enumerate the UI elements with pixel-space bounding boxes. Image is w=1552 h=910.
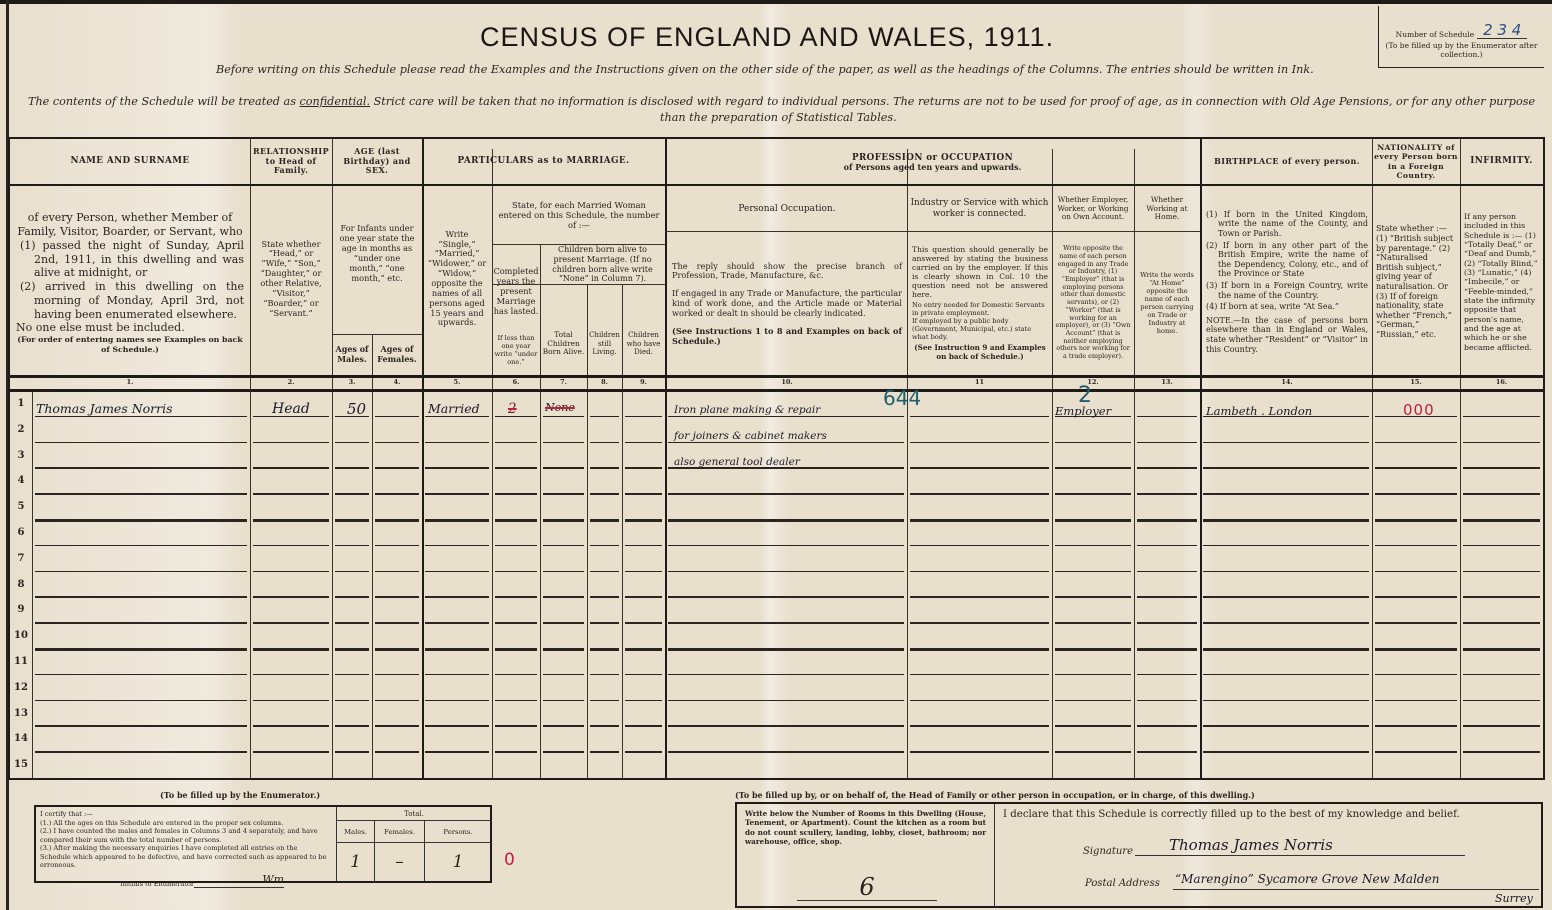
col-number-11: 11: [907, 376, 1052, 389]
entry-children-struck[interactable]: None: [545, 401, 575, 414]
row-rule: [1203, 622, 1369, 624]
row-rule: [1203, 493, 1369, 495]
row-rule: [1463, 493, 1540, 495]
row-rule: [668, 648, 904, 651]
cert-3: (3.) After making the necessary enquirie…: [40, 844, 330, 870]
marital-condition-description: Write “Single,” “Married,” “Widower,” or…: [424, 219, 490, 339]
col-number-10: 10.: [667, 376, 907, 389]
row-rule: [335, 442, 369, 444]
row-rule: [625, 442, 662, 444]
birthplace-description: (1) If born in the United Kingdom, write…: [1204, 191, 1370, 373]
row-rule: [375, 596, 419, 598]
row-rule: [590, 596, 619, 598]
row-rule: [35, 674, 247, 676]
row-rule: [910, 545, 1049, 547]
row-rule: [1137, 493, 1197, 495]
row-rule: [910, 442, 1049, 444]
schedule-number-box: Number of Schedule 2 3 4 (To be filled u…: [1378, 6, 1544, 68]
row-rule: [35, 416, 247, 418]
row-rule: [1375, 519, 1457, 522]
row-rule: [543, 751, 584, 753]
declaration-text: I declare that this Schedule is correctl…: [1003, 809, 1460, 820]
years-married-heading: Completed years the present Marriage has…: [492, 247, 540, 337]
males-label: Males.: [337, 821, 375, 843]
row-rule: [35, 622, 247, 624]
infirmity-description: If any person included in this Schedule …: [1462, 189, 1542, 375]
signature-label: Signature: [1083, 846, 1133, 857]
schedule-number-label: Number of Schedule: [1396, 30, 1474, 39]
cert-2: (2.) I have counted the males and female…: [40, 827, 330, 844]
row-rule: [425, 571, 489, 573]
row-rule: [495, 519, 537, 522]
row-rule: [253, 545, 329, 547]
entry-years-married-struck[interactable]: 2: [508, 401, 517, 417]
col-number-16: 16.: [1460, 376, 1543, 389]
row-rule: [1203, 571, 1369, 573]
row-rule: [668, 596, 904, 598]
row-rule: [910, 596, 1049, 598]
row-number: 7: [12, 553, 30, 564]
top-border: [0, 0, 1552, 4]
col-number-2: 2.: [250, 376, 332, 389]
relationship-heading: RELATIONSHIP to Head of Family.: [250, 139, 332, 184]
name-desc-3: (2) arrived in this dwelling on the morn…: [16, 280, 244, 321]
occupation-heading-block: PROFESSION or OCCUPATION of Persons aged…: [665, 143, 1200, 183]
row-rule: [35, 725, 247, 727]
row-rule: [1375, 622, 1457, 624]
row-rule: [253, 700, 329, 702]
row-rule: [1055, 648, 1131, 651]
row-rule: [1055, 751, 1131, 753]
rooms-section: Write below the Number of Rooms in this …: [737, 804, 995, 906]
row-rule: [35, 571, 247, 573]
row-number: 11: [12, 656, 30, 667]
row-rule: [1055, 467, 1131, 469]
row-rule: [253, 725, 329, 727]
children-born-alive-heading: Children born alive to present Marriage.…: [540, 245, 665, 284]
row-rule: [543, 467, 584, 469]
row-rule: [495, 545, 537, 547]
row-rule: [1463, 545, 1540, 547]
industry-heading: Industry or Service with which worker is…: [907, 187, 1052, 231]
enumerator-certification: I certify that :— (1.) All the ages on t…: [40, 810, 330, 888]
col-number-5: 5.: [422, 376, 492, 389]
row-rule: [910, 648, 1049, 651]
entry-occupation-line3[interactable]: also general tool dealer: [674, 456, 800, 468]
name-desc-4: No one else must be included.: [16, 321, 244, 335]
row-rule: [1463, 700, 1540, 702]
col-number-3: 3.: [332, 376, 372, 389]
row-rule: [1137, 648, 1197, 651]
row-rule: [1463, 596, 1540, 598]
row-rule: [1203, 700, 1369, 702]
row-rule: [425, 622, 489, 624]
row-rule: [1375, 571, 1457, 573]
row-rule: [668, 700, 904, 702]
entry-age-male[interactable]: 50: [347, 400, 366, 418]
row-rule: [590, 467, 619, 469]
row-number: 1: [12, 398, 30, 409]
ages-of-females-heading: Ages of Females.: [372, 335, 422, 375]
row-rule: [910, 622, 1049, 624]
row-rule: [590, 519, 619, 522]
row-rule: [253, 596, 329, 598]
row-rule: [910, 571, 1049, 573]
col-number-7: 7.: [540, 376, 587, 389]
row-rule: [495, 442, 537, 444]
row-rule: [1203, 519, 1369, 522]
postal-address[interactable]: “Marengino” Sycamore Grove New Malden: [1175, 872, 1439, 886]
row-rule: [625, 467, 662, 469]
row-rule: [590, 751, 619, 753]
birthplace-desc-3: (3) If born in a Foreign Country, write …: [1206, 281, 1368, 300]
row-rule: [1137, 700, 1197, 702]
row-rule: [375, 493, 419, 495]
ages-of-males-heading: Ages of Males.: [332, 335, 372, 375]
industry-description: This question should generally be answer…: [910, 233, 1050, 373]
row-rule: [1055, 545, 1131, 547]
row-rule: [668, 674, 904, 676]
row-rule: [1137, 442, 1197, 444]
row-rule: [375, 622, 419, 624]
entry-occupation-line1[interactable]: Iron plane making & repair: [674, 404, 820, 416]
row-rule: [253, 622, 329, 624]
postal-address-label: Postal Address: [1085, 878, 1160, 889]
row-rule: [625, 648, 662, 651]
row-rule: [35, 596, 247, 598]
birthplace-note: NOTE.—In the case of persons born elsewh…: [1206, 316, 1368, 354]
row-rule: [668, 622, 904, 624]
females-total[interactable]: –: [375, 843, 425, 881]
row-rule: [543, 545, 584, 547]
entry-name[interactable]: Thomas James Norris: [36, 401, 173, 416]
col-number-1: 1.: [10, 376, 250, 389]
row-rule: [1055, 519, 1131, 522]
birthplace-desc-4: (4) If born at sea, write “At Sea.”: [1206, 302, 1368, 312]
row-rule: [590, 416, 619, 418]
row-rule: [1375, 442, 1457, 444]
row-rule: [1375, 725, 1457, 727]
row-rule: [625, 751, 662, 753]
nationality-description: State whether :— (1) “British subject by…: [1374, 191, 1458, 373]
row-rule: [335, 571, 369, 573]
row-rule: [1137, 519, 1197, 522]
working-at-home-heading: Whether Working at Home.: [1134, 187, 1200, 231]
persons-total[interactable]: 1: [425, 843, 491, 881]
row-rule: [495, 751, 537, 753]
row-number: 10: [12, 630, 30, 641]
head-of-family-section-label: (To be filled up by, or on behalf of, th…: [735, 790, 1255, 800]
row-rule: [35, 442, 247, 444]
col-number-15: 15.: [1372, 376, 1460, 389]
row-rule: [425, 416, 489, 418]
row-rule: [35, 545, 247, 547]
name-desc-5: (For order of entering names see Example…: [16, 335, 244, 354]
row-rule: [1055, 725, 1131, 727]
row-rule: [668, 493, 904, 495]
birthplace-heading: BIRTHPLACE of every person.: [1202, 139, 1372, 184]
row-rule: [495, 622, 537, 624]
total-children-heading: Total Children Born Alive.: [540, 319, 587, 369]
row-number: 5: [12, 501, 30, 512]
census-table: NAME AND SURNAME of every Person, whethe…: [8, 137, 1545, 780]
enumerator-initials[interactable]: Wm: [194, 873, 284, 888]
row-rule: [1463, 674, 1540, 676]
name-column-description: of every Person, whether Member of Famil…: [14, 191, 246, 375]
row-rule: [1463, 622, 1540, 624]
row-rule: [1203, 596, 1369, 598]
row-rule: [425, 725, 489, 727]
row-rule: [543, 596, 584, 598]
row-rule: [425, 467, 489, 469]
row-rule: [543, 700, 584, 702]
infirmity-heading: INFIRMITY.: [1460, 139, 1543, 184]
married-woman-description: State, for each Married Woman entered on…: [494, 189, 664, 241]
row-rule: [625, 545, 662, 547]
row-rule: [335, 519, 369, 522]
row-rule: [543, 493, 584, 495]
row-rule: [425, 674, 489, 676]
industry-desc-2: No entry needed for Domestic Servants in…: [912, 302, 1048, 318]
row-rule: [543, 442, 584, 444]
rooms-instruction: Write below the Number of Rooms in this …: [745, 809, 986, 846]
nationality-code[interactable]: 000: [1403, 401, 1435, 419]
row-rule: [910, 674, 1049, 676]
years-married-note: If less than one year write “under one.”: [492, 329, 540, 373]
name-desc-1: of every Person, whether Member of Famil…: [16, 211, 244, 239]
row-rule: [1055, 493, 1131, 495]
row-rule: [425, 545, 489, 547]
row-rule: [495, 700, 537, 702]
row-rule: [625, 725, 662, 727]
children-living-heading: Children still Living.: [587, 319, 622, 369]
entry-employment-status[interactable]: Employer: [1055, 404, 1111, 418]
row-rule: [253, 674, 329, 676]
row-rule: [425, 751, 489, 753]
row-rule: [590, 725, 619, 727]
row-rule: [253, 467, 329, 469]
row-number: 9: [12, 604, 30, 615]
entry-relationship[interactable]: Head: [272, 401, 310, 417]
row-number: 6: [12, 527, 30, 538]
row-rule: [425, 493, 489, 495]
row-rule: [590, 545, 619, 547]
row-rule: [1055, 596, 1131, 598]
row-rule: [335, 674, 369, 676]
row-rule: [1463, 751, 1540, 753]
row-rule: [375, 545, 419, 547]
personal-occupation-description: The reply should show the precise branch…: [670, 235, 904, 373]
col-number-6: 6.: [492, 376, 540, 389]
row-rule: [35, 493, 247, 495]
row-rule: [425, 596, 489, 598]
row-rule: [425, 442, 489, 444]
enumerator-box: I certify that :— (1.) All the ages on t…: [34, 805, 492, 883]
row-rule: [910, 725, 1049, 727]
row-rule: [668, 751, 904, 753]
row-rule: [495, 467, 537, 469]
col-number-4: 4.: [372, 376, 422, 389]
personal-desc-1: The reply should show the precise branch…: [672, 262, 902, 282]
row-rule: [375, 442, 419, 444]
personal-occupation-heading: Personal Occupation.: [667, 187, 907, 231]
row-rule: [253, 648, 329, 651]
row-rule: [253, 751, 329, 753]
row-rule: [1137, 622, 1197, 624]
row-rule: [625, 416, 662, 418]
row-rule: [1375, 674, 1457, 676]
row-rule: [1137, 571, 1197, 573]
row-rule: [590, 648, 619, 651]
row-rule: [35, 751, 247, 753]
row-rule: [1375, 700, 1457, 702]
personal-desc-2: If engaged in any Trade or Manufacture, …: [672, 289, 902, 319]
rooms-count[interactable]: 6: [797, 874, 937, 901]
entry-birthplace[interactable]: Lambeth . London: [1206, 404, 1312, 418]
row-rule: [335, 622, 369, 624]
row-rule: [1463, 519, 1540, 522]
row-rule: [543, 622, 584, 624]
col-number-13: 13.: [1134, 376, 1200, 389]
row-rule: [35, 648, 247, 651]
row-rule: [625, 622, 662, 624]
row-rule: [375, 725, 419, 727]
working-at-home-description: Write the words “At Home” opposite the n…: [1136, 239, 1198, 369]
row-rule: [425, 648, 489, 651]
row-rule: [375, 416, 419, 418]
row-rule: [1203, 725, 1369, 727]
row-rule: [335, 751, 369, 753]
row-rule: [425, 700, 489, 702]
row-rule: [543, 674, 584, 676]
row-rule: [1463, 467, 1540, 469]
row-rule: [1137, 545, 1197, 547]
col-number-14: 14.: [1202, 376, 1372, 389]
row-rule: [335, 545, 369, 547]
row-number: 2: [12, 424, 30, 435]
row-rule: [910, 700, 1049, 702]
row-rule: [1055, 674, 1131, 676]
row-number: 15: [12, 759, 30, 770]
occupation-subheading: of Persons aged ten years and upwards.: [844, 163, 1022, 173]
row-rule: [495, 596, 537, 598]
row-rule: [1203, 545, 1369, 547]
postal-address-line2[interactable]: Surrey: [1495, 892, 1533, 905]
row-number: 4: [12, 475, 30, 486]
row-rule: [668, 519, 904, 522]
row-rule: [1375, 467, 1457, 469]
head-of-family-box: Write below the Number of Rooms in this …: [735, 802, 1543, 908]
row-rule: [910, 493, 1049, 495]
row-rule: [625, 493, 662, 495]
col-number-12: 12.: [1052, 376, 1134, 389]
row-rule: [543, 416, 584, 418]
row-rule: [910, 416, 1049, 418]
row-rule: [543, 725, 584, 727]
totals-table: Total. Males. Females. Persons. 1 – 1: [336, 807, 490, 881]
occupation-code[interactable]: 644: [883, 386, 921, 410]
schedule-number-note: (To be filled up by the Enumerator after…: [1379, 39, 1544, 59]
row-rule: [1463, 725, 1540, 727]
birthplace-desc-1: (1) If born in the United Kingdom, write…: [1206, 210, 1368, 239]
row-rule: [1055, 571, 1131, 573]
row-rule: [495, 725, 537, 727]
row-rule: [375, 700, 419, 702]
row-rule: [1137, 416, 1197, 418]
row-rule: [495, 674, 537, 676]
row-rule: [590, 674, 619, 676]
row-rule: [1463, 442, 1540, 444]
row-rule: [253, 493, 329, 495]
row-rule: [375, 674, 419, 676]
confidential-word: confidential.: [300, 95, 371, 108]
employer-worker-heading: Whether Employer, Worker, or Working on …: [1052, 187, 1134, 231]
entry-marital-condition[interactable]: Married: [428, 401, 480, 416]
row-rule: [910, 467, 1049, 469]
row-rule: [1203, 674, 1369, 676]
row-rule: [1203, 648, 1369, 651]
name-desc-2: (1) passed the night of Sunday, April 2n…: [16, 239, 244, 280]
row-rule: [335, 467, 369, 469]
row-rule: [1203, 467, 1369, 469]
row-rule: [375, 648, 419, 651]
row-rule: [35, 467, 247, 469]
personal-desc-3: (See Instructions 1 to 8 and Examples on…: [672, 327, 902, 347]
relationship-description: State whether “Head,” or “Wife,” “Son,” …: [252, 229, 330, 329]
signature[interactable]: Thomas James Norris: [1169, 836, 1333, 854]
row-rule: [1055, 442, 1131, 444]
row-rule: [668, 725, 904, 727]
initials-label: Initials of Enumerator: [120, 880, 194, 889]
row-rule: [910, 751, 1049, 753]
enumerator-section-label: (To be filled up by the Enumerator.): [160, 790, 320, 800]
row-rule: [1137, 751, 1197, 753]
row-number: 12: [12, 682, 30, 693]
row-rule: [1375, 596, 1457, 598]
row-rule: [1203, 751, 1369, 753]
instruction-line: Before writing on this Schedule please r…: [216, 63, 1314, 76]
cert-1: (1.) All the ages on this Schedule are e…: [40, 819, 330, 828]
row-rule: [910, 519, 1049, 522]
row-rule: [668, 571, 904, 573]
census-schedule-page: CENSUS OF ENGLAND AND WALES, 1911. Befor…: [0, 0, 1552, 910]
row-rule: [495, 493, 537, 495]
row-rule: [425, 519, 489, 522]
row-rule: [253, 519, 329, 522]
entry-occupation-line2[interactable]: for joiners & cabinet makers: [674, 430, 827, 442]
row-rule: [1137, 674, 1197, 676]
red-mark: 0: [504, 850, 516, 870]
confidential-notice-line2: than the preparation of Statistical Tabl…: [660, 111, 897, 124]
schedule-number-value[interactable]: 2 3 4: [1477, 23, 1527, 39]
row-rule: [35, 519, 247, 522]
row-rule: [590, 442, 619, 444]
row-rule: [1463, 571, 1540, 573]
age-heading: AGE (last Birthday) and SEX.: [332, 139, 422, 184]
row-rule: [590, 571, 619, 573]
row-rule: [253, 442, 329, 444]
row-rule: [335, 648, 369, 651]
confidential-prefix: The contents of the Schedule will be tre…: [28, 95, 300, 108]
row-rule: [625, 700, 662, 702]
persons-label: Persons.: [425, 821, 491, 843]
row-rule: [35, 700, 247, 702]
males-total[interactable]: 1: [337, 843, 375, 881]
row-rule: [590, 493, 619, 495]
row-rule: [253, 571, 329, 573]
row-number: 13: [12, 708, 30, 719]
row-rule: [335, 493, 369, 495]
